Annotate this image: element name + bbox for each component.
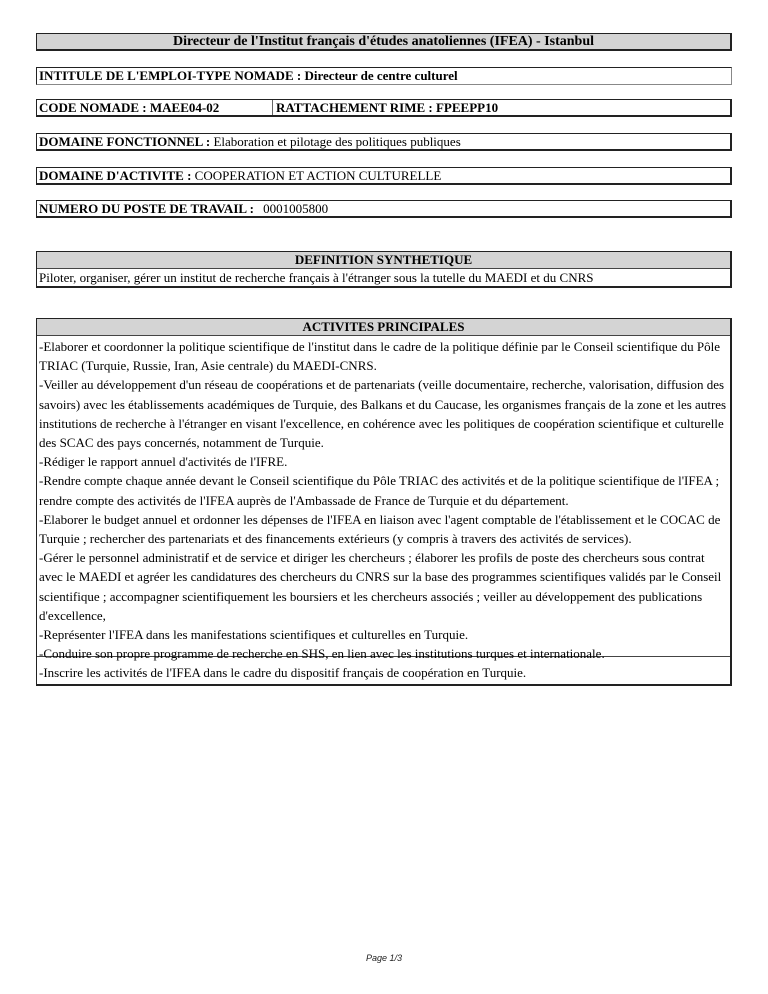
domaine-activite-label: DOMAINE D'ACTIVITE : (39, 168, 195, 183)
code-nomade-value: MAEE04-02 (150, 100, 219, 115)
activites-list: -Elaborer et coordonner la politique sci… (37, 336, 730, 657)
activites-heading: ACTIVITES PRINCIPALES (37, 319, 730, 336)
activite-item: -Veiller au développement d'un réseau de… (39, 375, 728, 452)
numero-poste-row: NUMERO DU POSTE DE TRAVAIL : 0001005800 (36, 200, 732, 218)
rattachement-value: FPEEPP10 (436, 100, 498, 115)
activite-item: -Rédiger le rapport annuel d'activités d… (39, 452, 728, 471)
activite-item: -Représenter l'IFEA dans les manifestati… (39, 625, 728, 644)
activites-section: ACTIVITES PRINCIPALES -Elaborer et coord… (36, 318, 732, 686)
activite-item: -Elaborer et coordonner la politique sci… (39, 337, 728, 375)
domaine-fonctionnel-value: Elaboration et pilotage des politiques p… (213, 134, 460, 149)
domaine-fonctionnel-row: DOMAINE FONCTIONNEL : Elaboration et pil… (36, 133, 732, 151)
activite-item: -Conduire son propre programme de recher… (39, 644, 728, 663)
document-title: Directeur de l'Institut français d'étude… (36, 33, 732, 51)
activite-item: -Inscrire les activités de l'IFEA dans l… (39, 663, 728, 682)
domaine-fonctionnel-label: DOMAINE FONCTIONNEL : (39, 134, 213, 149)
numero-poste-value: 0001005800 (263, 201, 328, 216)
intitule-label: INTITULE DE L'EMPLOI-TYPE NOMADE : (39, 68, 304, 83)
domaine-activite-value: COOPERATION ET ACTION CULTURELLE (195, 168, 442, 183)
activite-item: -Gérer le personnel administratif et de … (39, 548, 728, 625)
code-nomade-cell: CODE NOMADE : MAEE04-02 (37, 100, 273, 115)
code-nomade-label: CODE NOMADE : (39, 100, 150, 115)
domaine-activite-row: DOMAINE D'ACTIVITE : COOPERATION ET ACTI… (36, 167, 732, 185)
code-row: CODE NOMADE : MAEE04-02 RATTACHEMENT RIM… (36, 99, 732, 117)
intitule-value: Directeur de centre culturel (304, 68, 457, 83)
activite-item: -Rendre compte chaque année devant le Co… (39, 471, 728, 509)
rattachement-label: RATTACHEMENT RIME : (276, 100, 436, 115)
numero-poste-label: NUMERO DU POSTE DE TRAVAIL : (39, 201, 257, 216)
page-number: Page 1/3 (0, 953, 768, 963)
definition-section: DEFINITION SYNTHETIQUE Piloter, organise… (36, 251, 732, 288)
definition-text: Piloter, organiser, gérer un institut de… (37, 269, 730, 286)
definition-heading: DEFINITION SYNTHETIQUE (37, 252, 730, 269)
activite-item: -Elaborer le budget annuel et ordonner l… (39, 510, 728, 548)
rattachement-cell: RATTACHEMENT RIME : FPEEPP10 (273, 100, 498, 115)
intitule-row: INTITULE DE L'EMPLOI-TYPE NOMADE : Direc… (36, 67, 732, 85)
